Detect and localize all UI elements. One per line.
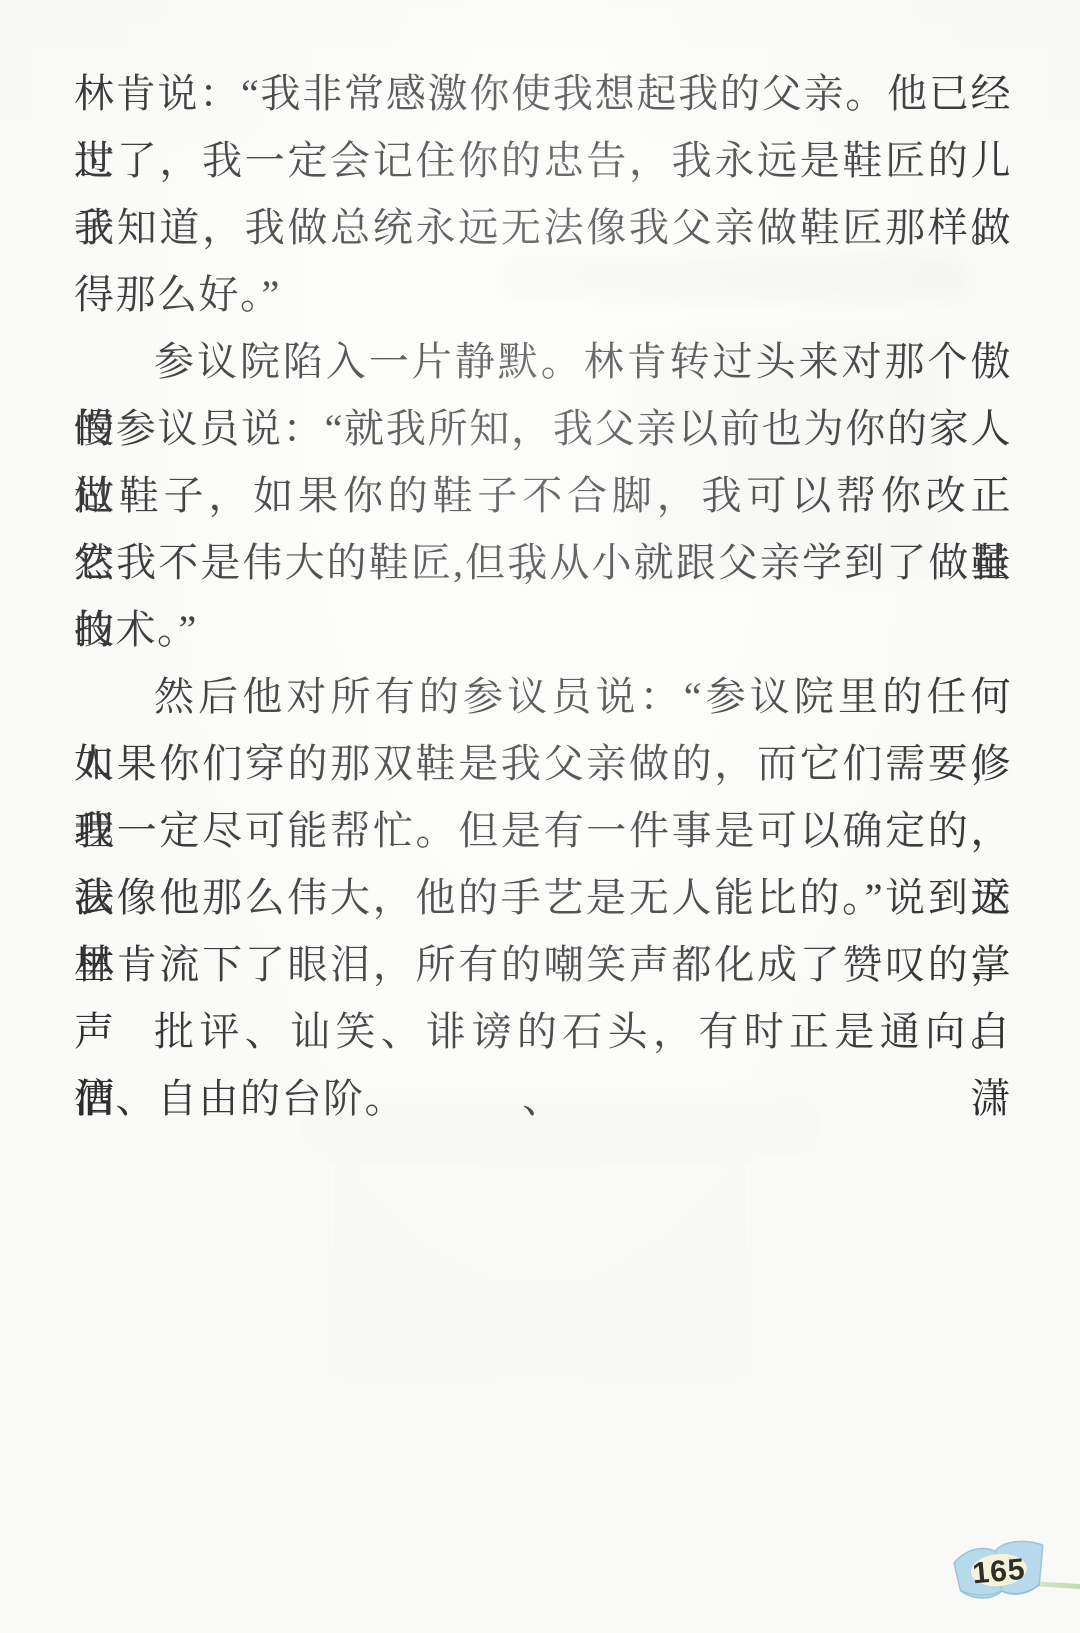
text-line: 如果你们穿的那双鞋是我父亲做的，而它们需要修理， bbox=[74, 730, 1012, 797]
text-line: 批评、讪笑、诽谤的石头，有时正是通向自信、潇 bbox=[74, 998, 1012, 1065]
text-line: 技术。” bbox=[74, 596, 1012, 663]
text-line: 然后他对所有的参议员说：“参议院里的任何人， bbox=[74, 663, 1012, 730]
open-book-icon: 165 bbox=[948, 1538, 1052, 1606]
page-number-badge: 165 bbox=[948, 1538, 1052, 1606]
text-line: 法像他那么伟大，他的手艺是无人能比的。”说到这里， bbox=[74, 864, 1012, 931]
text-line: 我知道，我做总统永远无法像我父亲做鞋匠那样做 bbox=[74, 194, 1012, 261]
paragraph: 参议院陷入一片静默。林肯转过头来对那个傲慢 的参议员说：“就我所知，我父亲以前也… bbox=[74, 328, 1012, 663]
text-line: 参议院陷入一片静默。林肯转过头来对那个傲慢 bbox=[74, 328, 1012, 395]
paragraph: 林肯说：“我非常感激你使我想起我的父亲。他已经过 世了，我一定会记住你的忠告，我… bbox=[74, 60, 1012, 328]
text-line: 我一定尽可能帮忙。但是有一件事是可以确定的，我无 bbox=[74, 797, 1012, 864]
paragraph: 然后他对所有的参议员说：“参议院里的任何人， 如果你们穿的那双鞋是我父亲做的，而… bbox=[74, 663, 1012, 998]
text-line: 然我不是伟大的鞋匠,但我从小就跟父亲学到了做鞋的 bbox=[74, 529, 1012, 596]
paragraph: 批评、讪笑、诽谤的石头，有时正是通向自信、潇 洒、自由的台阶。 bbox=[74, 998, 1012, 1132]
text-line: 林肯说：“我非常感激你使我想起我的父亲。他已经过 bbox=[74, 60, 1012, 127]
text-line: 的参议员说：“就我所知，我父亲以前也为你的家人做 bbox=[74, 395, 1012, 462]
page-number: 165 bbox=[971, 1553, 1027, 1590]
text-line: 林肯流下了眼泪，所有的嘲笑声都化成了赞叹的掌声。 bbox=[74, 931, 1012, 998]
text-line: 世了，我一定会记住你的忠告，我永远是鞋匠的儿子。 bbox=[74, 127, 1012, 194]
bleed-through-smudge bbox=[330, 1150, 750, 1380]
book-page: 林肯说：“我非常感激你使我想起我的父亲。他已经过 世了，我一定会记住你的忠告，我… bbox=[0, 0, 1080, 1633]
text-line: 过鞋子，如果你的鞋子不合脚，我可以帮你改正它，虽 bbox=[74, 462, 1012, 529]
text-line: 得那么好。” bbox=[74, 261, 1012, 328]
page-text: 林肯说：“我非常感激你使我想起我的父亲。他已经过 世了，我一定会记住你的忠告，我… bbox=[74, 60, 1012, 1132]
